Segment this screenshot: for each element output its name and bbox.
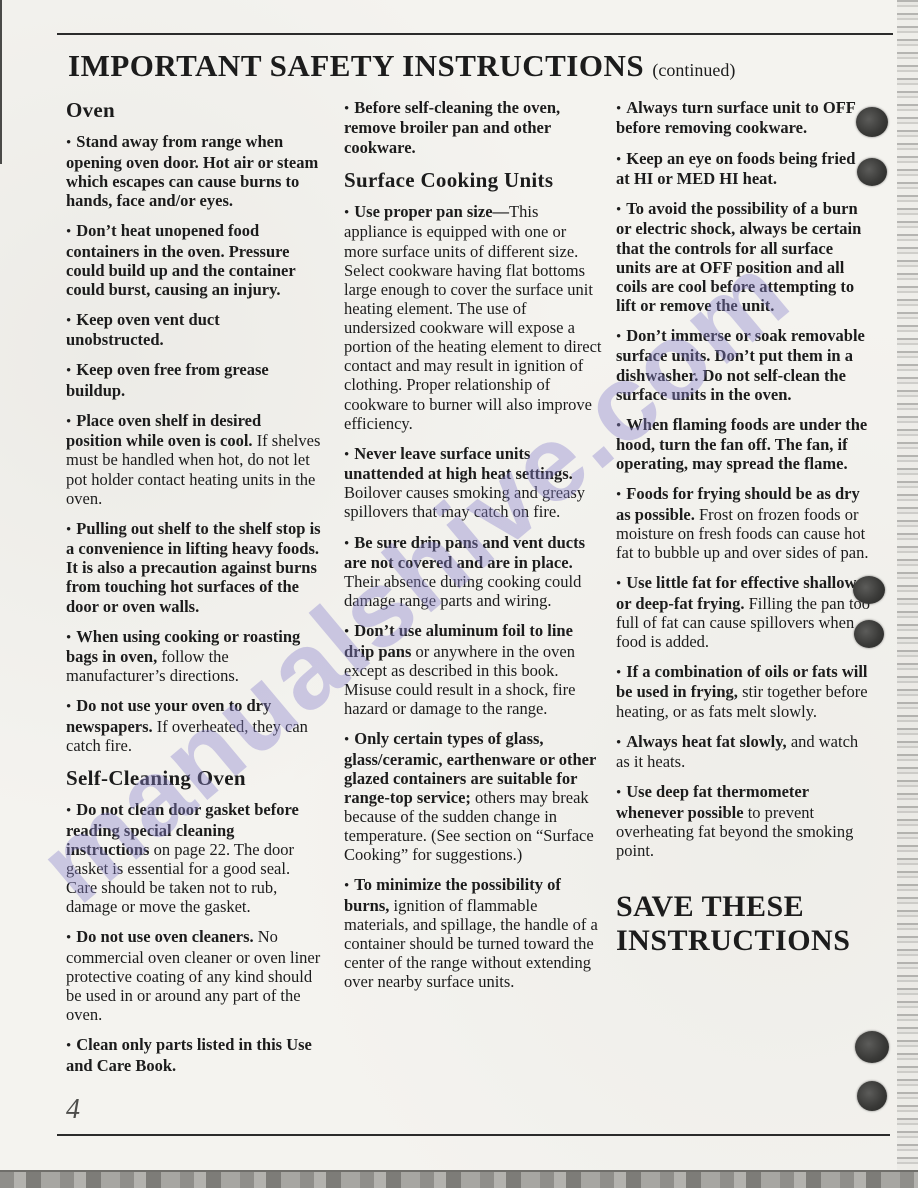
item-bold-lead: Don’t immerse or soak removable surface … bbox=[616, 326, 865, 404]
bullet-icon: • bbox=[66, 135, 76, 151]
binding-hole bbox=[857, 158, 887, 186]
bullet-icon: • bbox=[344, 624, 354, 640]
page-title-continued: (continued) bbox=[652, 60, 735, 80]
bullet-icon: • bbox=[66, 522, 76, 538]
safety-item: •To avoid the possibility of a burn or e… bbox=[616, 199, 872, 315]
item-bold-lead: Don’t heat unopened food containers in t… bbox=[66, 221, 295, 299]
bullet-icon: • bbox=[616, 101, 626, 117]
safety-item: •To minimize the possibility of burns, i… bbox=[344, 875, 602, 991]
bullet-icon: • bbox=[616, 418, 626, 434]
bullet-icon: • bbox=[616, 785, 626, 801]
safety-item: •Always turn surface unit to OFF before … bbox=[616, 98, 872, 138]
item-bold-lead: When flaming foods are under the hood, t… bbox=[616, 415, 867, 474]
bullet-icon: • bbox=[66, 803, 76, 819]
binding-hole bbox=[853, 576, 885, 604]
binding-hole bbox=[857, 1081, 887, 1111]
item-bold-lead: Pulling out shelf to the shelf stop is a… bbox=[66, 519, 321, 616]
safety-item: •Before self-cleaning the oven, remove b… bbox=[344, 98, 602, 157]
item-bold-lead: Always heat fat slowly, bbox=[626, 732, 786, 751]
bullet-icon: • bbox=[66, 363, 76, 379]
safety-item: •Keep an eye on foods being fried at HI … bbox=[616, 149, 872, 189]
safety-item: •Don’t use aluminum foil to line drip pa… bbox=[344, 621, 602, 718]
scan-edge-noise bbox=[897, 0, 918, 1188]
bullet-icon: • bbox=[616, 735, 626, 751]
safety-item: •Do not clean door gasket before reading… bbox=[66, 800, 321, 916]
item-body-text: This appliance is equipped with one or m… bbox=[344, 202, 602, 433]
section-heading: Self-Cleaning Oven bbox=[66, 766, 321, 790]
item-bold-lead: Clean only parts listed in this Use and … bbox=[66, 1035, 312, 1074]
safety-item: •Stand away from range when opening oven… bbox=[66, 132, 321, 210]
binding-hole bbox=[854, 620, 884, 648]
item-bold-lead: Never leave surface units unattended at … bbox=[344, 444, 573, 483]
bullet-icon: • bbox=[66, 313, 76, 329]
section-heading: Surface Cooking Units bbox=[344, 168, 602, 192]
item-bold-lead: Stand away from range when opening oven … bbox=[66, 132, 318, 210]
safety-item: •If a combination of oils or fats will b… bbox=[616, 662, 872, 721]
scan-bottom-band bbox=[0, 1170, 918, 1188]
safety-item: •Place oven shelf in desired position wh… bbox=[66, 411, 321, 508]
bullet-icon: • bbox=[616, 329, 626, 345]
bullet-icon: • bbox=[344, 101, 354, 117]
top-rule bbox=[57, 33, 893, 35]
item-bold-lead: Do not use oven cleaners. bbox=[76, 927, 253, 946]
bullet-icon: • bbox=[616, 152, 626, 168]
item-bold-lead: Use proper pan size— bbox=[354, 202, 509, 221]
bullet-icon: • bbox=[66, 630, 76, 646]
safety-item: •Pulling out shelf to the shelf stop is … bbox=[66, 519, 321, 616]
bullet-icon: • bbox=[66, 414, 76, 430]
column-surface-cooking: •Before self-cleaning the oven, remove b… bbox=[344, 98, 602, 1002]
right-margin-line bbox=[0, 0, 2, 164]
manual-page: IMPORTANT SAFETY INSTRUCTIONS (continued… bbox=[0, 0, 918, 1188]
safety-item: •Do not use your oven to dry newspapers.… bbox=[66, 696, 321, 755]
item-bold-lead: Before self-cleaning the oven, remove br… bbox=[344, 98, 560, 157]
bullet-icon: • bbox=[344, 732, 354, 748]
bullet-icon: • bbox=[616, 202, 626, 218]
item-bold-lead: Keep oven vent duct unobstructed. bbox=[66, 310, 220, 349]
safety-item: •Do not use oven cleaners. No commercial… bbox=[66, 927, 321, 1024]
item-bold-lead: Be sure drip pans and vent ducts are not… bbox=[344, 533, 585, 572]
column-oven: Oven•Stand away from range when opening … bbox=[66, 98, 321, 1086]
binding-hole bbox=[856, 107, 888, 137]
item-body-text: Their absence during cooking could damag… bbox=[344, 572, 581, 610]
bullet-icon: • bbox=[66, 224, 76, 240]
safety-item: •Don’t immerse or soak removable surface… bbox=[616, 326, 872, 404]
bullet-icon: • bbox=[66, 1038, 76, 1054]
safety-item: •Never leave surface units unattended at… bbox=[344, 444, 602, 522]
bullet-icon: • bbox=[344, 447, 354, 463]
page-number: 4 bbox=[66, 1094, 81, 1126]
safety-item: •Clean only parts listed in this Use and… bbox=[66, 1035, 321, 1075]
safety-item: •When using cooking or roasting bags in … bbox=[66, 627, 321, 686]
save-these-instructions-heading: SAVE THESE INSTRUCTIONS bbox=[616, 890, 872, 957]
bullet-icon: • bbox=[616, 487, 626, 503]
bottom-rule bbox=[57, 1134, 890, 1136]
column-surface-safety: •Always turn surface unit to OFF before … bbox=[616, 98, 872, 957]
bullet-icon: • bbox=[66, 699, 76, 715]
bullet-icon: • bbox=[344, 878, 354, 894]
safety-item: •Be sure drip pans and vent ducts are no… bbox=[344, 533, 602, 611]
item-bold-lead: Keep an eye on foods being fried at HI o… bbox=[616, 149, 855, 188]
bullet-icon: • bbox=[344, 536, 354, 552]
safety-item: •Use deep fat thermometer whenever possi… bbox=[616, 782, 872, 860]
safety-item: •Use little fat for effective shallow or… bbox=[616, 573, 872, 651]
page-title: IMPORTANT SAFETY INSTRUCTIONS (continued… bbox=[68, 48, 888, 84]
safety-item: •When flaming foods are under the hood, … bbox=[616, 415, 872, 474]
bullet-icon: • bbox=[66, 930, 76, 946]
item-bold-lead: Place oven shelf in desired position whi… bbox=[66, 411, 261, 450]
item-bold-lead: To avoid the possibility of a burn or el… bbox=[616, 199, 861, 315]
safety-item: •Foods for frying should be as dry as po… bbox=[616, 484, 872, 562]
bullet-icon: • bbox=[344, 205, 354, 221]
safety-item: •Keep oven free from grease buildup. bbox=[66, 360, 321, 400]
bullet-icon: • bbox=[616, 576, 626, 592]
safety-item: •Only certain types of glass, glass/cera… bbox=[344, 729, 602, 864]
safety-item: •Don’t heat unopened food containers in … bbox=[66, 221, 321, 299]
item-bold-lead: Keep oven free from grease buildup. bbox=[66, 360, 269, 399]
bullet-icon: • bbox=[616, 665, 626, 681]
item-body-text: Boilover causes smoking and greasy spill… bbox=[344, 483, 585, 521]
safety-item: •Always heat fat slowly, and watch as it… bbox=[616, 732, 872, 772]
safety-item: •Use proper pan size—This appliance is e… bbox=[344, 202, 602, 433]
page-title-text: IMPORTANT SAFETY INSTRUCTIONS bbox=[68, 48, 644, 83]
item-bold-lead: Always turn surface unit to OFF before r… bbox=[616, 98, 855, 137]
binding-hole bbox=[855, 1031, 889, 1063]
section-heading: Oven bbox=[66, 98, 321, 122]
safety-item: •Keep oven vent duct unobstructed. bbox=[66, 310, 321, 350]
